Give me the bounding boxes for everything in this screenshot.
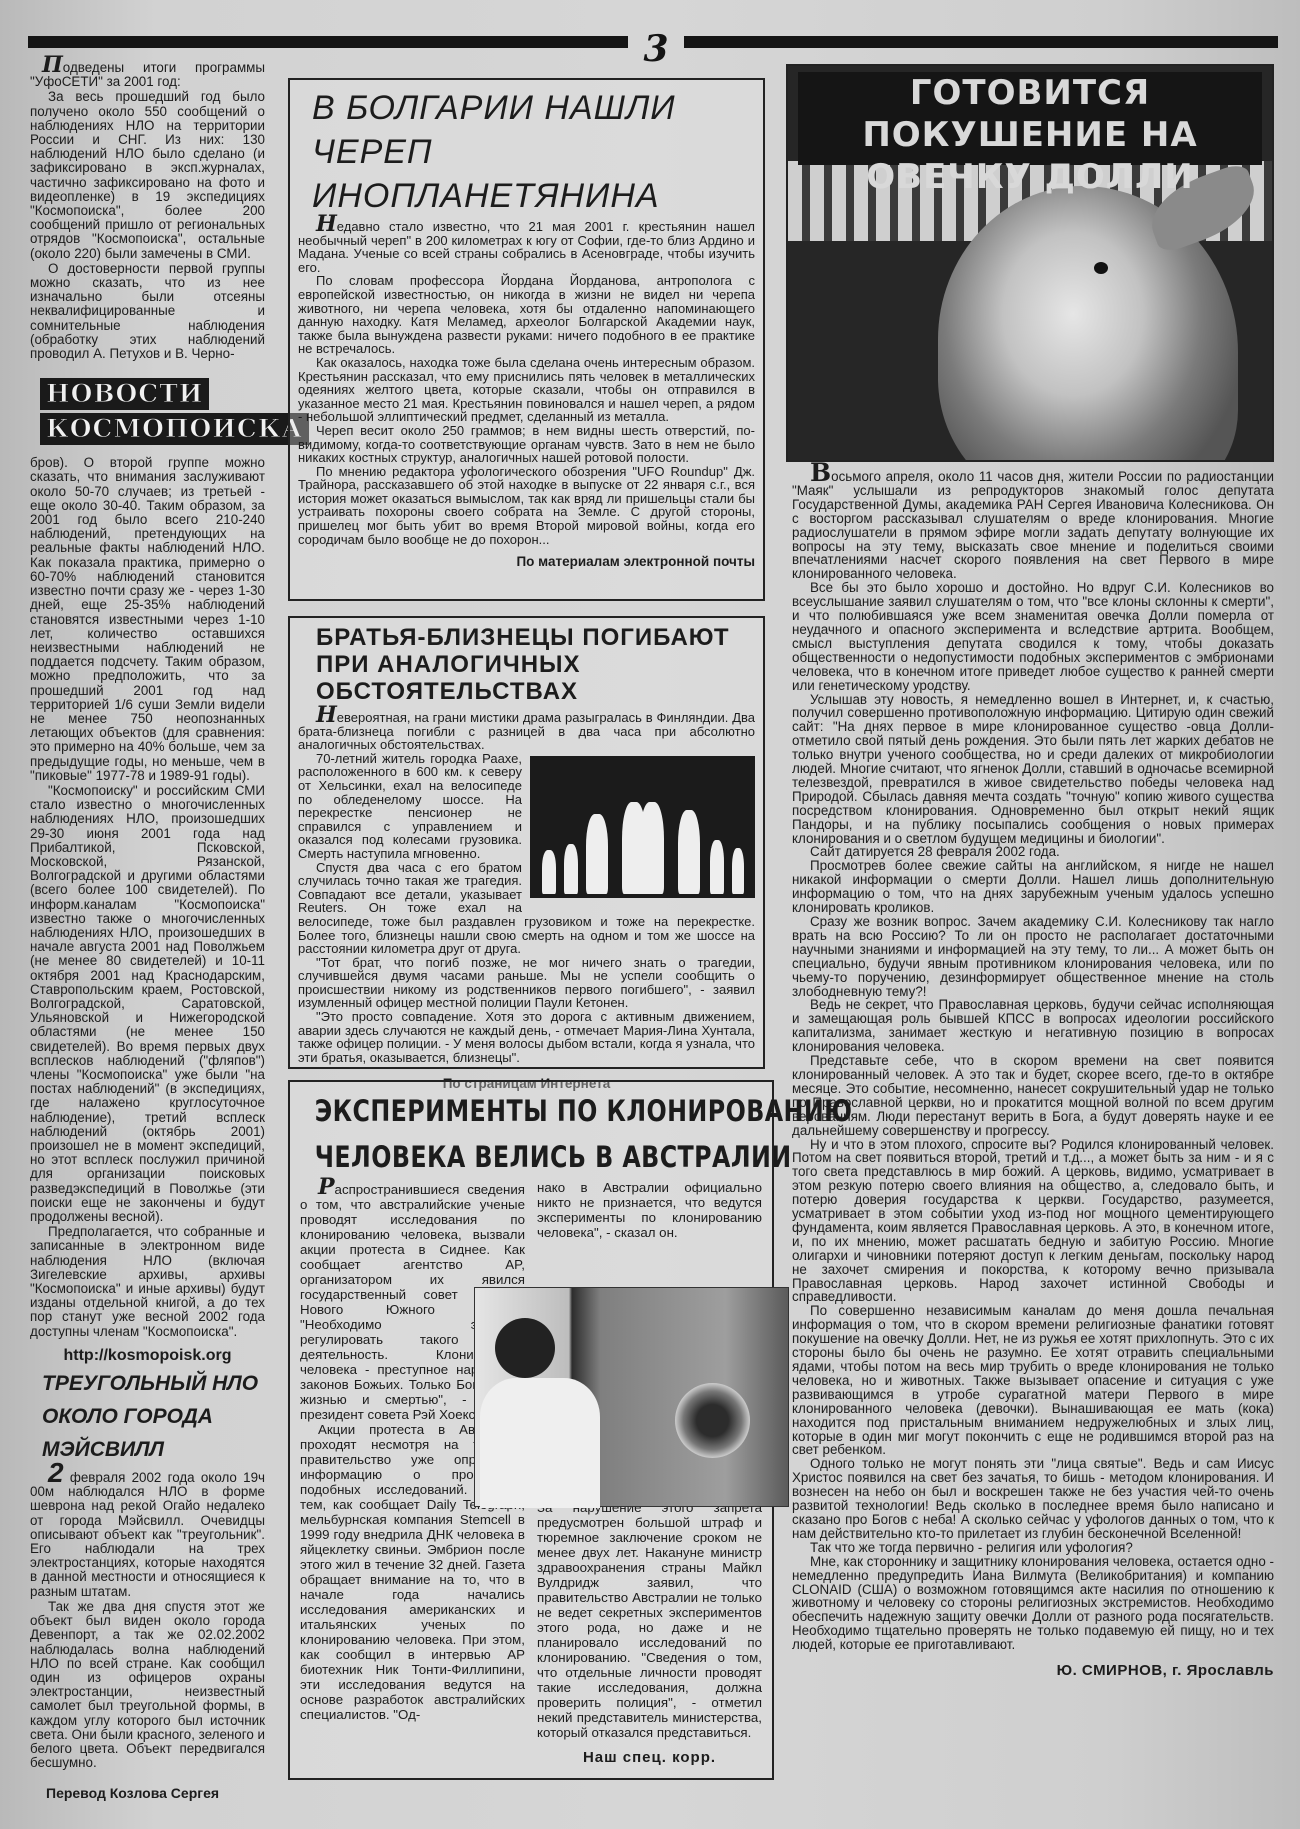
paragraph: Череп весит около 250 граммов; в нем вид… (298, 424, 755, 465)
article-bulgaria-skull: В БОЛГАРИИ НАШЛИ ЧЕРЕП ИНОПЛАНЕТЯНИНА Не… (288, 78, 765, 601)
paragraph: Так что же тогда первично - религия или … (792, 1541, 1274, 1555)
page-header-rule-right (684, 36, 1278, 48)
page-number: 3 (636, 28, 676, 70)
paragraph: Просмотрев более свежие сайты на английс… (792, 859, 1274, 915)
translator-credit: Перевод Козлова Сергея (30, 1786, 265, 1800)
paragraph: Ведь не секрет, что Православная церковь… (792, 998, 1274, 1054)
paragraph: За весь прошедший год было получено окол… (30, 90, 265, 260)
headline-line-2: ЧЕЛОВЕКА ВЕЛИСЬ В АВСТРАЛИИ (300, 1134, 679, 1180)
paragraph: Клонирование человека в Австралии считае… (537, 1470, 762, 1740)
paragraph: бров). О второй группе можно сказать, чт… (30, 456, 265, 783)
headline: В БОЛГАРИИ НАШЛИ ЧЕРЕП ИНОПЛАНЕТЯНИНА (298, 86, 755, 218)
headline: БРАТЬЯ-БЛИЗНЕЦЫ ПОГИБАЮТ ПРИ АНАЛОГИЧНЫХ… (298, 624, 755, 705)
triangle-ufo-headline: ТРЕУГОЛЬНЫЙ НЛО ОКОЛО ГОРОДА МЭЙСВИЛЛ (30, 1367, 265, 1466)
paragraph: О достоверности первой группы можно сказ… (30, 262, 265, 361)
paragraph: Так же два дня спустя этот же объект был… (30, 1600, 265, 1770)
headline-line-1: ЭКСПЕРИМЕНТЫ ПО КЛОНИРОВАНИЮ (300, 1088, 679, 1134)
paragraph: Восьмого апреля, около 11 часов дня, жит… (792, 466, 1274, 581)
paragraph: "Это просто совпадение. Хотя это дорога … (298, 1010, 755, 1064)
paragraph: Невероятная, на грани мистики драма разы… (298, 709, 755, 752)
page-header-rule-left (28, 36, 628, 48)
paragraph: Мне, как стороннику и защитнику клониров… (792, 1555, 1274, 1652)
paragraph: 2 февраля 2002 года около 19ч 00м наблюд… (30, 1466, 265, 1599)
ufoseti-intro: Подведены итоги программы "УфоСЕТИ" за 2… (30, 58, 265, 89)
headline: ГОТОВИТСЯ ПОКУШЕНИЕ НА ОВЕЧКУ ДОЛЛИ (798, 72, 1262, 165)
paragraph: Услышав эту новость, я немедленно вошел … (792, 693, 1274, 846)
article-australia-cloning: ЭКСПЕРИМЕНТЫ ПО КЛОНИРОВАНИЮ ЧЕЛОВЕКА ВЕ… (288, 1080, 774, 1780)
article-twins: БРАТЬЯ-БЛИЗНЕЦЫ ПОГИБАЮТ ПРИ АНАЛОГИЧНЫХ… (288, 616, 765, 1069)
paragraph: По совершенно независимым каналам до мен… (792, 1304, 1274, 1457)
paragraph: Одного только не могут понять эти "лица … (792, 1457, 1274, 1540)
author-signature: Ю. СМИРНОВ, г. Ярославль (792, 1664, 1274, 1678)
paragraph: "Тот брат, что погиб позже, не мог ничег… (298, 956, 755, 1010)
byline: Наш спец. корр. (537, 1750, 762, 1765)
left-column-kosmopoisk: Подведены итоги программы "УфоСЕТИ" за 2… (30, 58, 265, 1801)
paragraph: Сразу же возник вопрос. Зачем академику … (792, 915, 1274, 998)
article-dolly: Восьмого апреля, около 11 часов дня, жит… (792, 466, 1274, 1678)
paragraph: По мнению редактора уфологического обозр… (298, 465, 755, 547)
paragraph: Как оказалось, находка тоже была сделана… (298, 356, 755, 424)
paragraph: "Космопоиску" и российским СМИ стало изв… (30, 784, 265, 1224)
kosmopoisk-url-link[interactable]: http://kosmopoisk.org (30, 1349, 265, 1363)
article-source: По материалам электронной почты (298, 554, 755, 569)
paragraph: Все бы это было хорошо и достойно. Но вд… (792, 581, 1274, 692)
paragraph: Представьте себе, что в скором времени н… (792, 1054, 1274, 1137)
paragraph: Сайт датируется 28 февраля 2002 года. (792, 845, 1274, 859)
dolly-sheep-photo: ГОТОВИТСЯ ПОКУШЕНИЕ НА ОВЕЧКУ ДОЛЛИ (786, 64, 1274, 462)
news-kosmopoisk-title: НОВОСТИ КОСМОПОИСКА (40, 378, 309, 448)
paragraph: Ну и что в этом плохого, спросите вы? Ро… (792, 1138, 1274, 1305)
paragraph: нако в Австралии официально никто не при… (537, 1180, 762, 1240)
silhouettes-photo (530, 756, 755, 898)
lab-microscope-photo (474, 1287, 789, 1507)
paragraph: Предполагается, что собранные и записанн… (30, 1225, 265, 1339)
paragraph: По словам профессора Йордана Йорданова, … (298, 274, 755, 356)
paragraph: Недавно стало известно, что 21 мая 2001 … (298, 218, 755, 274)
